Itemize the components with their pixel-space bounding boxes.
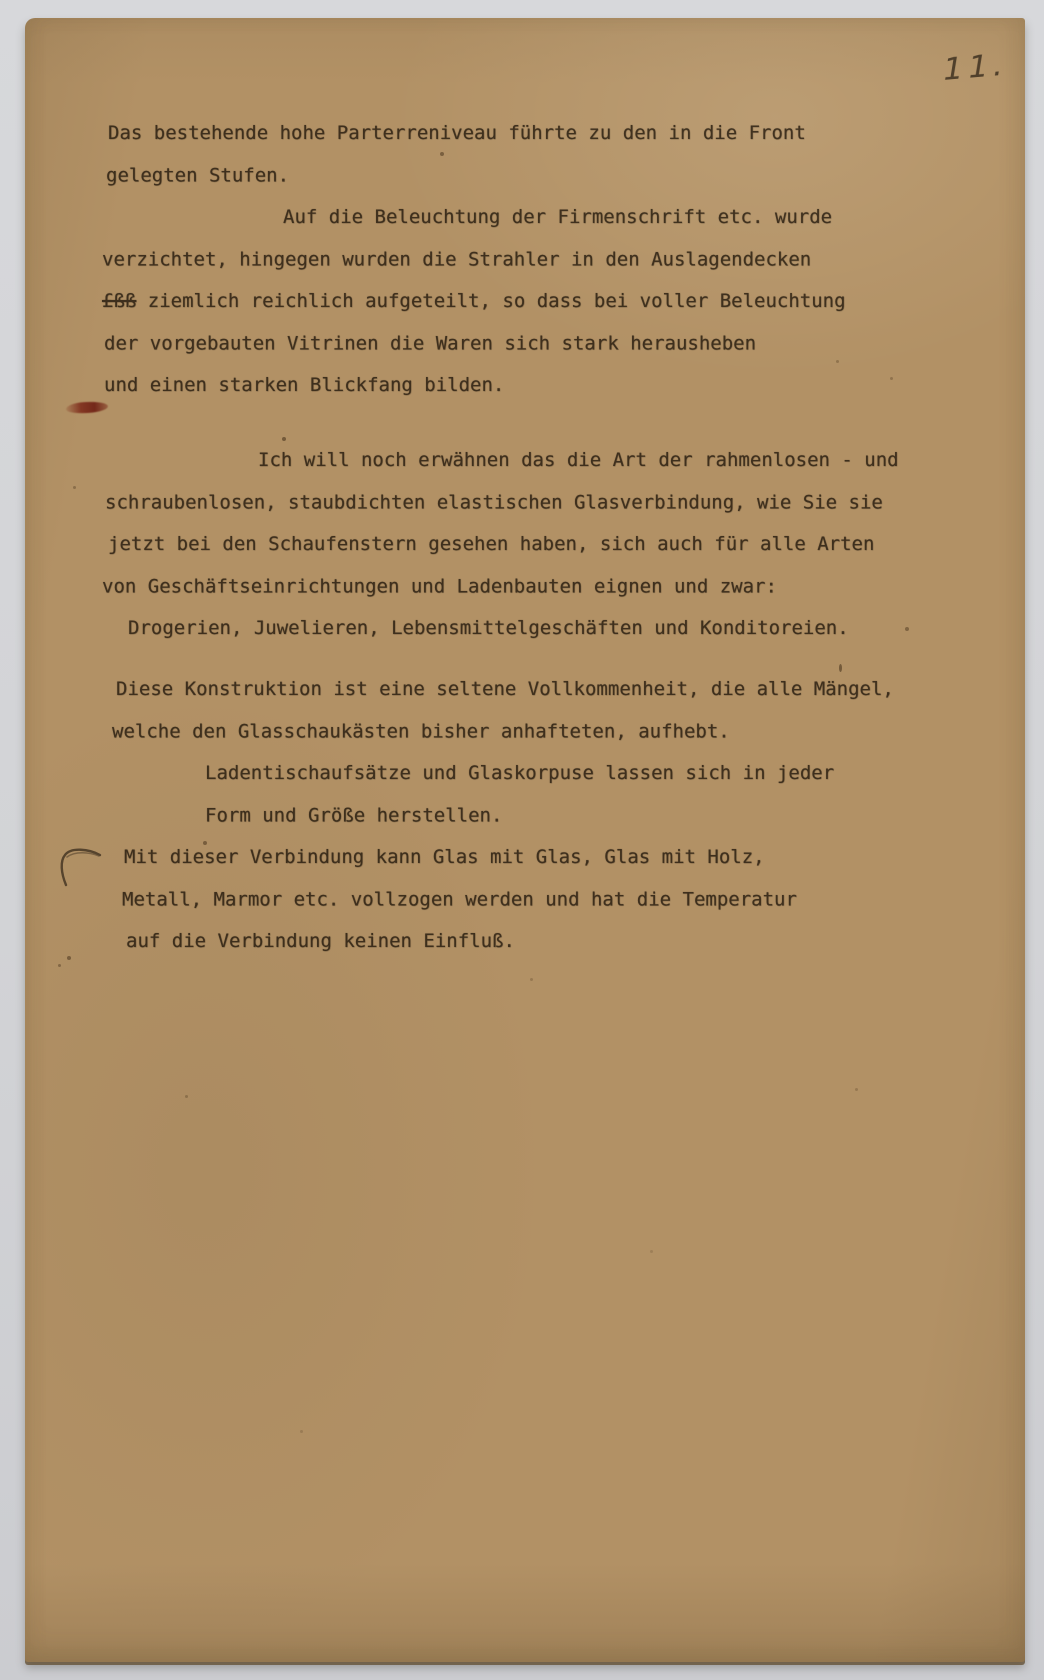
text-line: gelegten Stufen.	[25, 155, 1025, 197]
paper-sheet: 11. Das bestehende hohe Parterreniveau f…	[25, 18, 1025, 1662]
text-line: schraubenlosen, staubdichten elastischen…	[25, 482, 1025, 524]
paper-speck	[203, 841, 207, 845]
text-line: auf die Verbindung keinen Einfluß.	[25, 920, 1025, 962]
paper-speck	[282, 437, 286, 441]
paper-speck	[530, 978, 533, 981]
paper-speck	[73, 486, 76, 489]
text-line: verzichtet, hingegen wurden die Strahler…	[25, 239, 1025, 281]
text-line: und einen starken Blickfang bilden.	[25, 364, 1025, 406]
text-line: Das bestehende hohe Parterreniveau führt…	[25, 112, 1025, 154]
text-line: Ich will noch erwähnen das die Art der r…	[25, 439, 1025, 481]
paper-speck	[855, 1088, 858, 1091]
paper-speck	[905, 627, 909, 631]
text-line: Diese Konstruktion ist eine seltene Voll…	[25, 668, 1025, 710]
text-line: Ladentischaufsätze und Glaskorpuse lasse…	[25, 752, 1025, 794]
paper-speck	[58, 964, 61, 967]
paper-speck	[67, 956, 71, 960]
paragraph: Das bestehende hohe Parterreniveau führt…	[25, 112, 1025, 406]
paragraph: Diese Konstruktion ist eine seltene Voll…	[25, 668, 1025, 962]
scan-background: 11. Das bestehende hohe Parterreniveau f…	[0, 0, 1044, 1680]
text-line: jetzt bei den Schaufenstern gesehen habe…	[25, 523, 1025, 565]
paper-speck	[836, 360, 839, 363]
text-line: Mit dieser Verbindung kann Glas mit Glas…	[25, 836, 1025, 878]
struck-out-text: £ßß	[102, 290, 136, 312]
text-line: Metall, Marmor etc. vollzogen werden und…	[25, 879, 1025, 921]
paper-speck	[300, 1430, 303, 1433]
text-line: Auf die Beleuchtung der Firmenschrift et…	[25, 196, 1025, 238]
text-line: von Geschäftseinrichtungen und Ladenbaut…	[25, 566, 1025, 608]
text-line: welche den Glasschaukästen bisher anhaft…	[25, 711, 1025, 753]
text-line: Drogerien, Juwelieren, Lebensmittelgesch…	[25, 607, 1025, 649]
pencil-hook-mark	[55, 840, 103, 892]
paper-speck	[650, 1250, 653, 1253]
text-line: Form und Größe herstellen.	[25, 795, 1025, 837]
text-line: der vorgebauten Vitrinen die Waren sich …	[25, 323, 1025, 365]
paragraph: Ich will noch erwähnen das die Art der r…	[25, 439, 1025, 649]
paper-speck	[185, 1095, 188, 1098]
paper-speck	[890, 377, 893, 380]
text-line: £ßß ziemlich reichlich aufgeteilt, so da…	[25, 280, 1025, 322]
typewritten-text: Das bestehende hohe Parterreniveau führt…	[25, 18, 1025, 1662]
paper-speck	[839, 664, 842, 672]
paper-speck	[440, 152, 444, 156]
